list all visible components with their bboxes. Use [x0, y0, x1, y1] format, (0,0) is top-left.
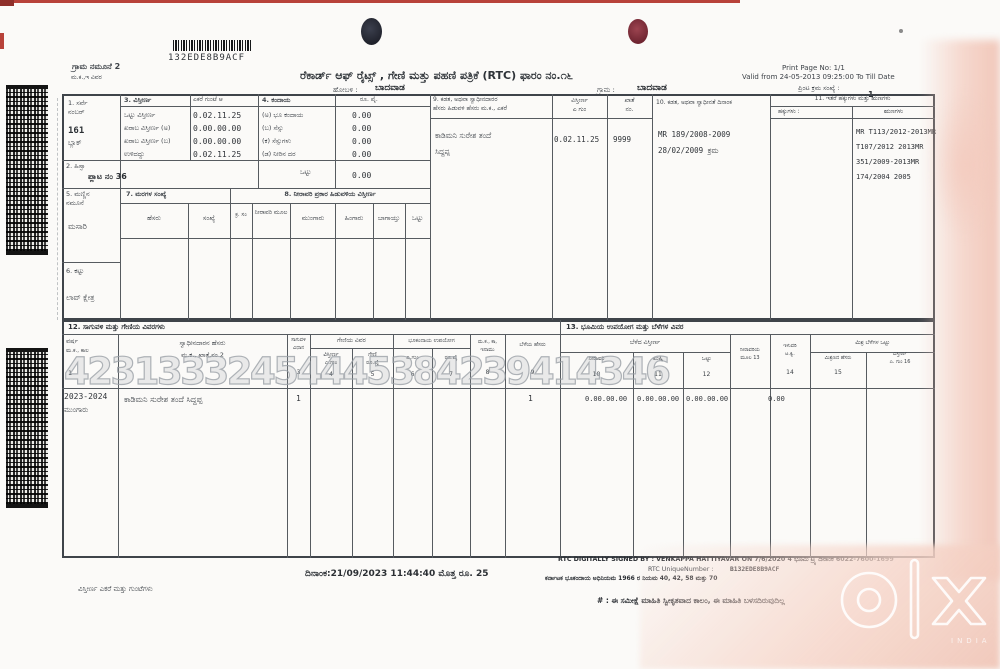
irrigation-sub-total: ಒಟ್ಟು	[406, 215, 429, 222]
row-year-value: 2023-2024	[64, 392, 107, 401]
kattu-value: ಲಾವ್ ಕ್ಷೇತ್ರ	[66, 294, 94, 303]
occupant-name-2: ಸಿದ್ದಪ್ಪ	[435, 148, 450, 157]
paper-fold-line	[57, 98, 58, 320]
other-rights-header: 11. ಇತರೆ ಹಕ್ಕುಗಳು ಮತ್ತು ಋಣಗಳು	[772, 96, 933, 103]
section13-header: 13. ಭೂಮಿಯ ಉಪಯೋಗ ಮತ್ತು ಬೆಳೆಗಳ ವಿವರ	[566, 323, 684, 331]
rtc-unique-number-value: B132EDE8B9ACF	[730, 566, 779, 573]
valid-from-label: Valid from 24-05-2013 09:25:00 To Till D…	[742, 73, 895, 81]
irrigation-sub-source: ನೀರಾವರಿ ಮೂಲ	[253, 210, 289, 217]
assessment-label: 4. ಕಂದಾಯ	[262, 97, 291, 104]
rtc-unique-number-label: RTC UniqueNumber :	[648, 566, 713, 573]
row-col11-value: 0.00.00.00	[637, 395, 679, 403]
irrigation-sub-serial: ಕ್ರ. ಸಂ	[230, 212, 252, 218]
occupant-area-header-2: ಎ ಗುಂ	[553, 107, 606, 114]
khata-number-value: 9999	[613, 136, 631, 145]
irrigation-sub-garden: ಬಾಗಾಯ್ತು	[374, 215, 404, 222]
scan-left-red-mark	[0, 33, 4, 49]
occupant-header-2: ಹೆಸರು ಹಿಡುವಳಿ ಹೆಸರು ಮ.ಕ., ಎಕರೆ	[433, 106, 507, 113]
hissa-label: 2. ಹಿಸ್ಸಾ	[66, 163, 85, 170]
survey-number-value: 161	[68, 126, 84, 136]
mixed-crop-group-header: ಮಿಶ್ರ ಬೆಳೆಗಳ ಒಟ್ಟು	[810, 340, 935, 346]
occupant-name-1: ಕಾಡಿಮನಿ ಸುರೇಶ ತಂದೆ	[435, 132, 491, 141]
occupant-area-header-1: ವಿಸ್ತೀರ್ಣ	[553, 98, 606, 105]
assessment-row-value: 0.00	[352, 150, 371, 159]
assessment-row-label: (ಕ) ಸೆಸ್ಸುಗಳು	[262, 138, 291, 145]
survey-number-label-2: ನಂಬರ್	[68, 109, 84, 116]
scan-top-left-red-mark	[0, 0, 14, 6]
punch-hole-maroon	[628, 19, 648, 44]
row-col10-value: 0.00.00.00	[585, 395, 627, 403]
extent-row-value: 0.02.11.25	[193, 111, 241, 120]
soil-type-label-2: ನಮೂನೆ	[66, 200, 84, 207]
assessment-row-label: (ಡ) ನೀರಿನ ದರ	[262, 151, 296, 158]
village-label: ಗ್ರಾಮ :	[597, 86, 615, 94]
irrigation-sub-kharif: ಮುಂಗಾರು	[292, 215, 334, 222]
cropped-area-group-header: ಬೆಳೆದ ವಿಸ್ತೀರ್ಣ	[560, 340, 730, 347]
form-sub-label: ಮ.ಕ.,ಇ ವಿವರ	[71, 75, 102, 82]
col9-header: ಬೆಳೆಯ ಹೆಸರು	[506, 342, 559, 348]
assessment-unit-header: ರೂ. ಪೈ.	[360, 97, 378, 104]
barcode-value: 132EDE8B9ACF	[168, 53, 245, 63]
scan-top-red-strip	[0, 0, 740, 3]
row-season-value: ಮುಂಗಾರು	[64, 406, 88, 414]
print-page-label: Print Page No: 1/1	[782, 64, 845, 72]
linear-barcode	[173, 40, 251, 51]
footnote-line: # : ಈ ಸಮೀಕ್ಷೆ ಮಾಹಿತಿ ಸ್ವೀಕೃತವಾದ ಕಾಲಂ, ಈ …	[597, 597, 785, 606]
kattu-label: 6. ಕಟ್ಟು	[66, 268, 84, 275]
liability-entry: 174/2004 2005	[856, 173, 911, 181]
col13-header-b: ಮೂಲ 13	[730, 356, 770, 362]
row-col12-value: 0.00.00.00	[686, 395, 728, 403]
khata-header-2: ನಂ.	[608, 107, 651, 114]
order-number-line-1: MR 189/2008-2009	[658, 131, 730, 140]
liability-entry: T107/2012 2013MR	[856, 143, 923, 151]
col8-header-a: ಮ.ಕ., ಕಾ,	[470, 340, 505, 346]
row-col14-value: 0.00	[768, 395, 785, 403]
assessment-row-value: 0.00	[352, 124, 371, 133]
print-serial-label: ಪ್ರಿಂಟ ಕ್ರಮ ಸಂಖ್ಯೆ :	[798, 85, 840, 92]
col16-header-a: ವಿಸ್ತೀರ್ಣ	[867, 352, 933, 358]
page-title: ರೆಕಾರ್ಡ್ ಆಫ್ ರೈಟ್ಸ್ , ಗೇಣಿ ಮತ್ತು ಪಹಣಿ ಪತ…	[300, 70, 573, 83]
liability-entry: MR T113/2012-2013MR	[856, 128, 936, 136]
assessment-total-label: ಒಟ್ಟು	[300, 169, 311, 176]
survey-number-label-1: 1. ಸರ್ವೆ	[68, 100, 88, 107]
col15-header: ಮಿಶ್ರಣದ ಹೆಸರು	[811, 356, 865, 362]
liability-entry: 351/2009-2013MR	[856, 158, 919, 166]
extent-row-label: ಖರಾಬ ವಿಸ್ತೀರ್ಣ (ಬ)	[124, 138, 171, 145]
survey-block-value: ಬ್ಲಾಕ್	[68, 139, 82, 147]
liabilities-sub-header: ಋಣಗಳು	[854, 109, 933, 116]
extent-row-label: ಖರಾಬ ವಿಸ್ತೀರ್ಣ (ಅ)	[124, 125, 170, 132]
extent-row-value: 0.00.00.00	[193, 137, 241, 146]
assessment-row-label: (ಅ) ಭೂ ಕಂದಾಯ	[262, 112, 303, 119]
trees-label: 7. ಮರಗಳ ಸಂಖ್ಯೆ	[126, 191, 166, 198]
small-speck	[899, 29, 903, 33]
col14-header-a: ಇಳುವರಿ	[770, 344, 810, 350]
occupant-header-1: 9. ಕಡತ, ಅಥವಾ ಸ್ವಾಧೀನದಾರರ	[433, 97, 498, 104]
form-number-label: ಗ್ರಾಮ ನಮೂನೆ 2	[72, 62, 120, 71]
col1-header-a: ವರ್ಷ	[66, 338, 78, 345]
extent-label: 3. ವಿಸ್ತೀರ್ಣ	[124, 97, 151, 104]
olx-india-label: INDIA	[951, 637, 991, 645]
order-number-line-2: 28/02/2009 ಕ್ರಮ	[658, 147, 719, 156]
assessment-row-label: (ಬ) ಸೆಸ್ಸು	[262, 125, 283, 132]
hissa-value: ಪ್ಲಾಟ ನಂ 36	[88, 172, 127, 181]
occupant-area-value: 0.02.11.25	[554, 136, 599, 145]
extent-row-value: 0.02.11.25	[193, 150, 241, 159]
tenancy-group-header: ಗೇಣಿಯ ವಿವರ	[310, 338, 393, 345]
col12-header: ಒಟ್ಟು	[684, 356, 729, 362]
land-revenue-act-line: ಕರ್ನಾಟಕ ಭೂಕಂದಾಯ ಅಧಿನಿಯಮ 1966 ರ ನಿಯಮ 40, …	[545, 576, 717, 583]
print-date-line: ದಿನಾಂಕ:21/09/2023 11:44:40 ಮೊತ್ತ ರೂ. 25	[305, 569, 488, 579]
order-header: 10. ಕಡತ, ಅಥವಾ ಸ್ವಾಧೀನತೆ ದಿನಾಂಕ	[656, 100, 768, 107]
assessment-row-value: 0.00	[352, 111, 371, 120]
extent-row-label: ಒಟ್ಟು ವಿಸ್ತೀರ್ಣ	[124, 112, 155, 119]
hobli-label: ಹೋಬಳಿ :	[333, 86, 358, 94]
stacked-barcode-top	[6, 85, 48, 255]
soil-type-value: ಮಸಾರಿ	[68, 222, 87, 231]
khata-header-1: ಖಾತೆ	[608, 98, 651, 105]
trees-sub-name: ಹೆಸರು	[122, 215, 186, 222]
assessment-total-value: 0.00	[352, 171, 371, 180]
landuse-group-header: ಭೂಕಂದಾಯ ಉಪಯೋಗ	[393, 338, 470, 344]
col14-number: 14	[770, 370, 810, 377]
col15-number: 15	[811, 370, 865, 377]
row-col3-value: 1	[296, 394, 301, 403]
area-units-note: ವಿಸ್ತೀರ್ಣ ಎಕರೆ ಮತ್ತು ಗುಂಟೆಗಳು	[78, 585, 153, 593]
extent-row-label: ಉಳಿದದ್ದು	[124, 151, 145, 158]
soil-type-label-1: 5. ಮಣ್ಣಿನ	[66, 191, 90, 198]
olx-watermark: INDIA	[825, 548, 997, 660]
col12-number: 12	[684, 372, 729, 379]
section12-header: 12. ಸಾಗುವಳಿ ಮತ್ತು ಗೇಣಿಯ ವಿವರಗಳು	[68, 323, 165, 331]
extent-row-value: 0.00.00.00	[193, 124, 241, 133]
col16-header-b: ಎ. ಗುಂ 16	[867, 360, 933, 366]
olx-logo-icon	[842, 560, 985, 638]
assessment-row-value: 0.00	[352, 137, 371, 146]
rights-sub-header: ಹಕ್ಕುಗಳು :	[778, 109, 800, 116]
row-cultivator-name: ಕಾಡಿಮನಿ ಸುರೇಶ ತಂದೆ ಸಿದ್ದಪ್ಪ	[124, 395, 202, 404]
row-col9-value: 1	[528, 394, 533, 403]
punch-hole-navy	[361, 18, 382, 45]
extent-unit-header: ಎಕರೆ ಗುಂಟೆ ಆ	[193, 97, 223, 104]
col13-header-a: ನೀರಾವರಿಯ	[730, 348, 770, 354]
irrigation-sub-rabi: ಹಿಂಗಾರು	[337, 215, 371, 222]
trees-sub-count: ಸಂಖ್ಯೆ	[190, 215, 228, 222]
col3-header-a: ಸಾಗುವಳಿ	[287, 338, 310, 344]
stacked-barcode-bottom	[6, 348, 48, 508]
col14-header-b: ಟ.ಕ್ವಿ.	[770, 352, 810, 358]
col2-header-a: ಸ್ವಾಧೀನದಾರನ ಹೆಸರು	[120, 340, 285, 347]
photo-pink-blob	[930, 90, 1000, 240]
overlay-watermark-number: 42313332454445384239414346	[64, 350, 668, 393]
irrigation-label: 8. ನೀರಾವರಿ ಪ್ರಕಾರ ಹಿಡುವಳಿಯ ವಿಸ್ತೀರ್ಣ	[232, 191, 428, 198]
